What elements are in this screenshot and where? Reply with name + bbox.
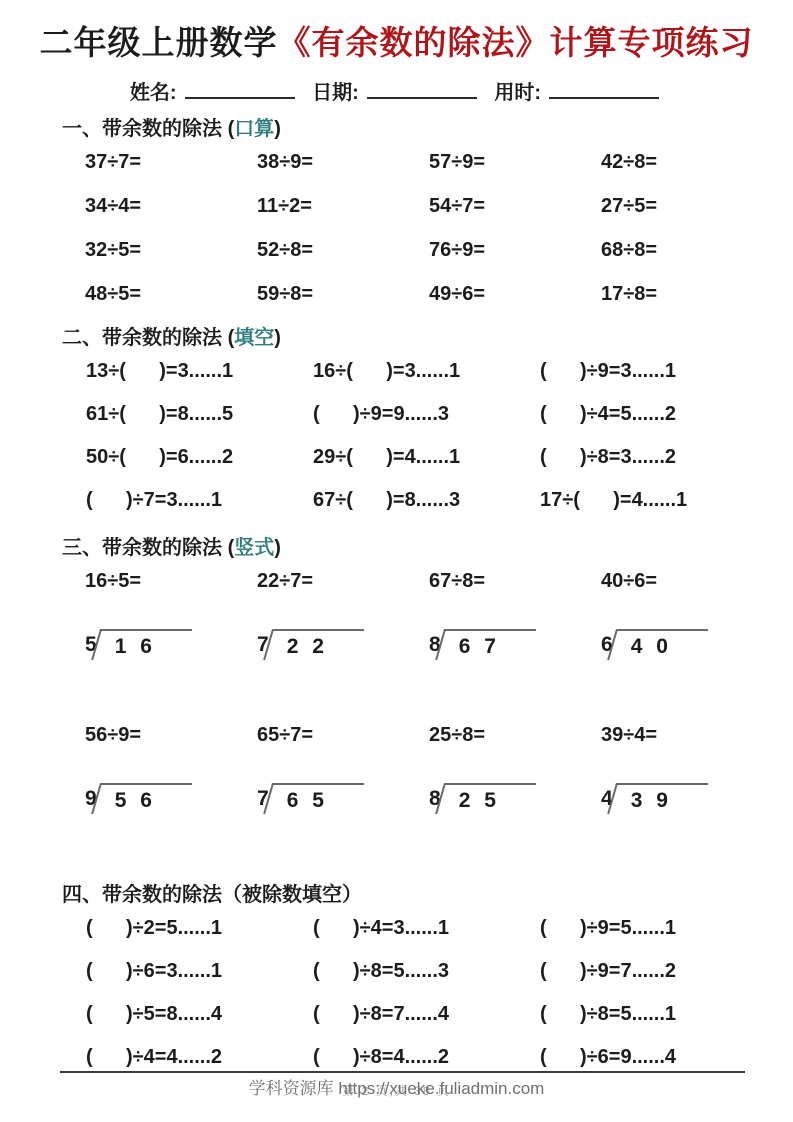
problem-cell: 34÷4= (85, 194, 257, 218)
section-2-label: 二、带余数的除法 (62, 327, 222, 349)
problem-cell: ( )÷4=3......1 (313, 916, 540, 940)
problem-cell: 39÷4= (601, 723, 773, 747)
problem-cell: 67÷( )=8......3 (313, 488, 540, 512)
footer-divider (60, 1071, 745, 1073)
section-3-heading: 三、带余数的除法 (竖式) (62, 536, 793, 560)
long-division: 76 5 (257, 783, 429, 813)
time-blank-line (549, 79, 659, 99)
problem-cell: ( )÷8=5......3 (313, 959, 540, 983)
problem-cell: 38÷9= (257, 150, 429, 174)
problem-cell: 61÷( )=8......5 (86, 402, 313, 426)
problem-cell: ( )÷7=3......1 (86, 488, 313, 512)
name-blank-line (185, 79, 295, 99)
problem-cell: ( )÷9=5......1 (540, 916, 767, 940)
problem-cell: 22÷7= (257, 569, 429, 593)
date-blank-line (367, 79, 477, 99)
problem-cell: 68÷8= (601, 238, 773, 262)
problem-cell: 59÷8= (257, 282, 429, 306)
problem-cell: ( )÷4=4......2 (86, 1045, 313, 1069)
problem-cell: 27÷5= (601, 194, 773, 218)
footer-site-watermark: 学科资源库 https://xueke.fuliadmin.com (0, 1074, 793, 1099)
meta-line: 姓名: 日期: 用时: (0, 76, 793, 105)
section-1-heading: 一、带余数的除法 (口算) (62, 117, 793, 141)
section-2-heading: 二、带余数的除法 (填空) (62, 326, 793, 350)
problem-cell: 76÷9= (429, 238, 601, 262)
section-2-paren-close: ) (274, 327, 281, 349)
section-1-tag: 口算 (234, 118, 274, 140)
problem-cell: 37÷7= (85, 150, 257, 174)
problem-cell: 11÷2= (257, 194, 429, 218)
dividend: 2 2 (272, 629, 364, 659)
problem-cell: ( )÷6=9......4 (540, 1045, 767, 1069)
title-black-part: 二年级上册数学 (40, 23, 278, 62)
section-1-label: 一、带余数的除法 (62, 118, 222, 140)
long-division: 51 6 (85, 629, 257, 659)
problem-cell: ( )÷9=3......1 (540, 359, 767, 383)
problem-cell: 17÷8= (601, 282, 773, 306)
problem-cell: 40÷6= (601, 569, 773, 593)
dividend: 6 5 (272, 783, 364, 813)
problem-cell: 49÷6= (429, 282, 601, 306)
section-3-tag: 竖式 (234, 537, 274, 559)
section-3-problems-row-2: 56÷9= 65÷7= 25÷8= 39÷4= (85, 723, 793, 747)
long-division: 43 9 (601, 783, 773, 813)
long-division-row-1: 51 6 72 2 86 7 64 0 (85, 629, 793, 659)
problem-cell: 67÷8= (429, 569, 601, 593)
worksheet-title: 二年级上册数学《有余数的除法》计算专项练习 (0, 0, 793, 63)
problem-cell: ( )÷9=7......2 (540, 959, 767, 983)
date-label: 日期: (312, 82, 359, 104)
problem-cell: 57÷9= (429, 150, 601, 174)
section-2-tag: 填空 (234, 327, 274, 349)
problem-cell: ( )÷8=7......4 (313, 1002, 540, 1026)
dividend: 3 9 (616, 783, 708, 813)
problem-cell: 65÷7= (257, 723, 429, 747)
long-division-row-2: 95 6 76 5 82 5 43 9 (85, 783, 793, 813)
name-label: 姓名: (130, 82, 177, 104)
section-3-paren-close: ) (274, 537, 281, 559)
problem-cell: 25÷8= (429, 723, 601, 747)
problem-cell: 16÷( )=3......1 (313, 359, 540, 383)
problem-cell: 16÷5= (85, 569, 257, 593)
long-division: 64 0 (601, 629, 773, 659)
problem-cell: ( )÷6=3......1 (86, 959, 313, 983)
section-3-problems-row-1: 16÷5= 22÷7= 67÷8= 40÷6= (85, 569, 793, 593)
problem-cell: 54÷7= (429, 194, 601, 218)
long-division: 72 2 (257, 629, 429, 659)
section-1-problems: 37÷7= 38÷9= 57÷9= 42÷8= 34÷4= 11÷2= 54÷7… (85, 150, 793, 306)
problem-cell: 17÷( )=4......1 (540, 488, 767, 512)
time-label: 用时: (494, 82, 541, 104)
section-1-paren-close: ) (274, 118, 281, 140)
long-division: 95 6 (85, 783, 257, 813)
problem-cell: 42÷8= (601, 150, 773, 174)
problem-cell: 48÷5= (85, 282, 257, 306)
dividend: 1 6 (100, 629, 192, 659)
section-4-label: 四、带余数的除法（被除数填空） (62, 884, 362, 906)
problem-cell: 29÷( )=4......1 (313, 445, 540, 469)
dividend: 4 0 (616, 629, 708, 659)
section-4-heading: 四、带余数的除法（被除数填空） (62, 883, 793, 907)
section-3-label: 三、带余数的除法 (62, 537, 222, 559)
problem-cell: ( )÷9=9......3 (313, 402, 540, 426)
problem-cell: 32÷5= (85, 238, 257, 262)
section-4-problems: ( )÷2=5......1 ( )÷4=3......1 ( )÷9=5...… (86, 916, 793, 1069)
problem-cell: ( )÷8=5......1 (540, 1002, 767, 1026)
problem-cell: 13÷( )=3......1 (86, 359, 313, 383)
problem-cell: ( )÷8=3......2 (540, 445, 767, 469)
section-2-problems: 13÷( )=3......1 16÷( )=3......1 ( )÷9=3.… (86, 359, 793, 512)
problem-cell: ( )÷8=4......2 (313, 1045, 540, 1069)
long-division: 82 5 (429, 783, 601, 813)
problem-cell: 56÷9= (85, 723, 257, 747)
problem-cell: ( )÷5=8......4 (86, 1002, 313, 1026)
worksheet-page: 二年级上册数学《有余数的除法》计算专项练习 姓名: 日期: 用时: 一、带余数的… (0, 0, 793, 1122)
dividend: 5 6 (100, 783, 192, 813)
dividend: 6 7 (444, 629, 536, 659)
dividend: 2 5 (444, 783, 536, 813)
problem-cell: ( )÷2=5......1 (86, 916, 313, 940)
problem-cell: 50÷( )=6......2 (86, 445, 313, 469)
problem-cell: 52÷8= (257, 238, 429, 262)
problem-cell: ( )÷4=5......2 (540, 402, 767, 426)
long-division: 86 7 (429, 629, 601, 659)
title-red-part: 《有余数的除法》计算专项练习 (278, 23, 754, 62)
